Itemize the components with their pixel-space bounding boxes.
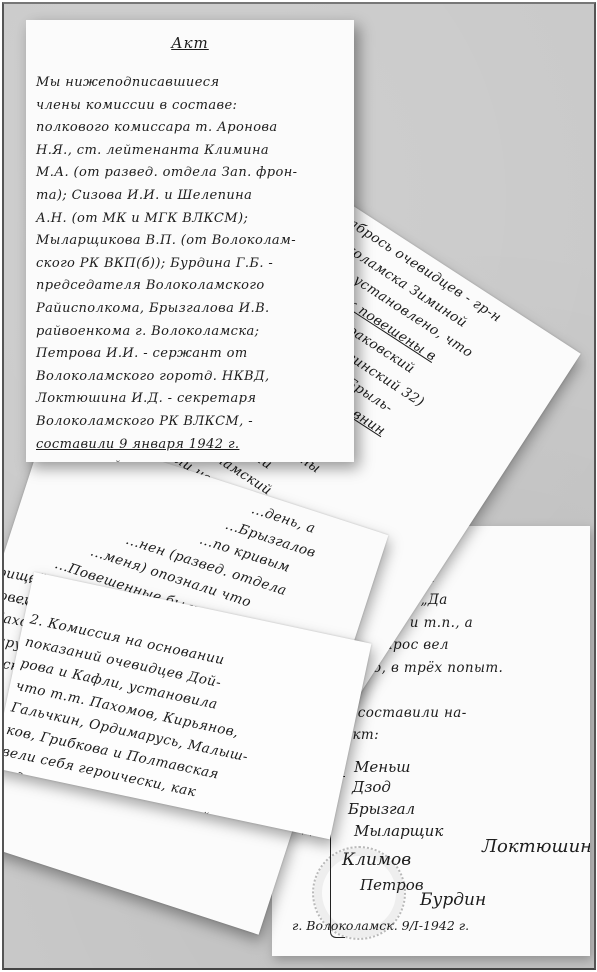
text-line: Петрова И.И. - сержант от (36, 343, 297, 366)
text-line: райвоенкома г. Волоколамска; (36, 321, 297, 344)
photo-frame: расстреля- лозунги „Да Сталин“, „Да Роди… (2, 2, 596, 970)
act-title: Акт (26, 34, 354, 52)
text-line: акт: (344, 724, 503, 747)
act-front-page-text: Мы нижеподписавшиеся члены комиссии в со… (36, 72, 297, 462)
signature: Бурдин (420, 890, 486, 910)
place-and-date: г. Волоколамск. 9/I-1942 г. (292, 918, 469, 933)
signature: Мыларщик (354, 822, 443, 840)
act-front-page: Акт Мы нижеподписавшиеся члены комиссии … (26, 20, 354, 462)
text-line: полкового комиссара т. Аронова (36, 117, 297, 140)
signature: Петров (360, 876, 424, 894)
text-line: Волоколамского РК ВЛКСМ, - (36, 411, 297, 434)
signature: Брызгал (348, 800, 415, 818)
text-line: ского РК ВКП(б)); Бурдина Г.Б. - (36, 253, 297, 276)
text-line: А.Н. (от МК и МГК ВЛКСМ); (36, 208, 297, 231)
signature: Дзод (352, 778, 391, 796)
text-line: М.А. (от развед. отдела Зап. фрон- (36, 162, 297, 185)
text-line: Мыларщикова В.П. (от Волоколам- (36, 230, 297, 253)
text-line: члены комиссии в составе: (36, 95, 297, 118)
text-line: Мы нижеподписавшиеся (36, 72, 297, 95)
text-line: председателя Волоколамского (36, 275, 297, 298)
signature: Меньш (354, 758, 411, 776)
text-line: Локтюшина И.Д. - секретаря (36, 388, 297, 411)
signature: Локтюшин (482, 836, 590, 857)
text-line: Райисполкома, Брызгалова И.В. (36, 298, 297, 321)
text-line: та); Сизова И.И. и Шелепина (36, 185, 297, 208)
text-line: составили 9 января 1942 г. (36, 434, 297, 457)
signature: Климов (342, 850, 411, 870)
text-line (344, 679, 503, 702)
text-line: Н.Я., ст. лейтенанта Климина (36, 140, 297, 163)
text-line: и составили на- (344, 702, 503, 725)
text-line: Волоколамского горотд. НКВД, (36, 366, 297, 389)
text-line: настоящий акт по осмотру (36, 456, 297, 462)
